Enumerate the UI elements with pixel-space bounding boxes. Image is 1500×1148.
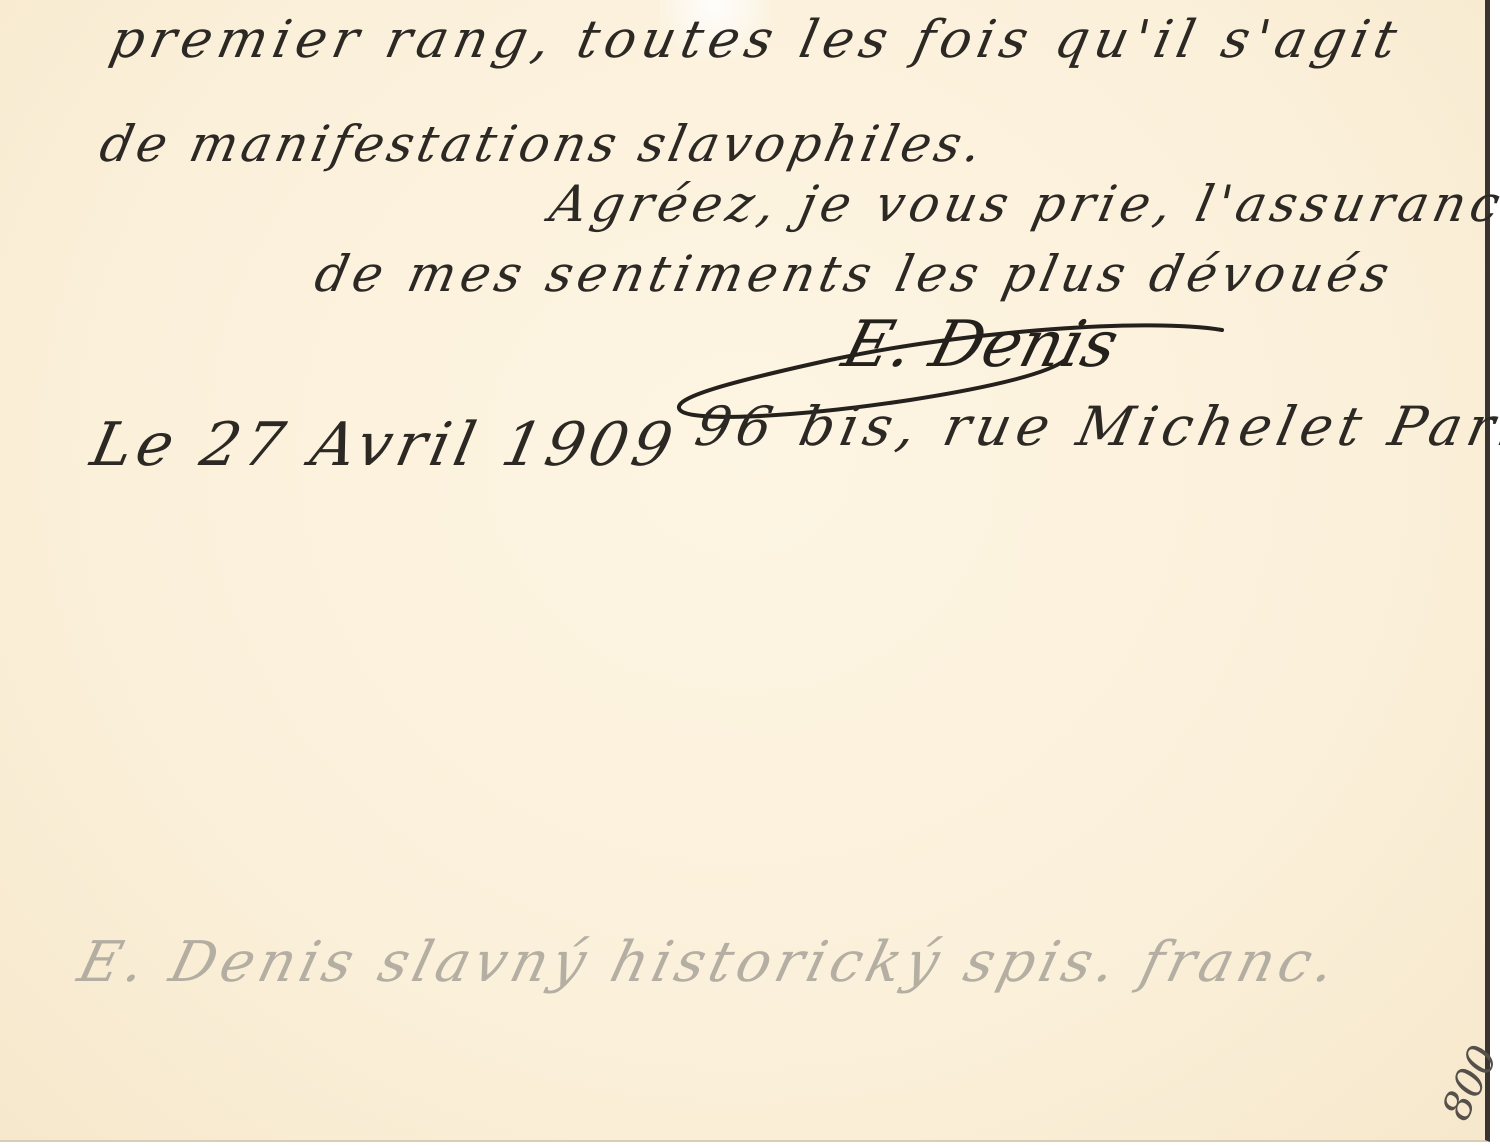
catalog-number: 800 <box>1433 1039 1500 1128</box>
signature-name: E. Denis <box>835 308 1126 382</box>
sender-address: 96 bis, rue Michelet Paris. <box>690 395 1500 458</box>
letter-sheet: premier rang, toutes les fois qu'il s'ag… <box>0 0 1490 1142</box>
letter-line-3: Agréez, je vous prie, l'assurance <box>545 175 1500 233</box>
letter-line-4: de mes sentiments les plus dévoués <box>310 245 1399 303</box>
letter-line-1: premier rang, toutes les fois qu'il s'ag… <box>105 10 1408 70</box>
pencil-annotation: E. Denis slavný historický spis. franc. <box>72 930 1347 995</box>
letter-date: Le 27 Avril 1909 <box>85 410 683 480</box>
letter-line-2: de manifestations slavophiles. <box>95 115 991 173</box>
